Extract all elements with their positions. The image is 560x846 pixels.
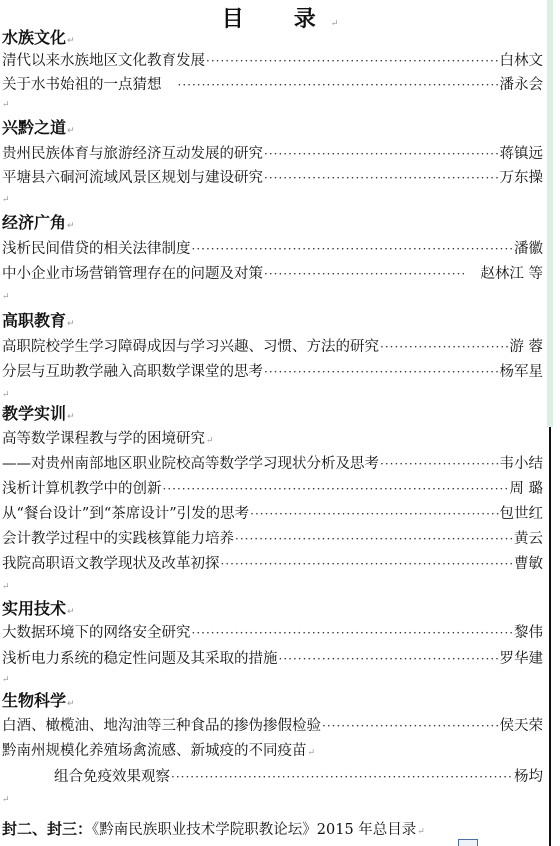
leader-dots	[192, 238, 514, 260]
floating-tab-handle[interactable]	[458, 839, 478, 846]
leader-dots	[178, 74, 499, 96]
leader-dots	[264, 263, 466, 285]
toc-entry[interactable]: 会计教学过程中的实践核算能力培养黄云	[2, 528, 543, 550]
entry-author: 曹敏	[514, 553, 543, 575]
empty-paragraph: ↵	[2, 795, 10, 805]
entry-author: 潘徽	[514, 238, 543, 260]
toc-entry[interactable]: 大数据环境下的网络安全研究黎伟	[2, 622, 543, 644]
toc-entry[interactable]: 平塘县六硐河流域风景区规划与建设研究万东操	[2, 167, 543, 189]
entry-author: 蒋镇远	[500, 143, 544, 165]
leader-dots	[264, 143, 499, 165]
toc-entry[interactable]: 我院高职语文教学现状及改革初探曹敏	[2, 553, 543, 575]
toc-entry[interactable]: 浅析民间借贷的相关法律制度潘徽	[2, 238, 543, 260]
toc-entry-title-line[interactable]: 黔南州规模化养殖场禽流感、新城疫的不同疫苗↵	[2, 740, 543, 762]
leader-dots	[264, 361, 499, 383]
empty-paragraph: ↵	[2, 390, 10, 400]
toc-entry[interactable]: 浅析计算机教学中的创新周 璐	[2, 478, 543, 500]
entry-author: 万东操	[500, 167, 544, 189]
leader-dots	[279, 648, 499, 670]
section-heading-applied-tech: 实用技术↵	[2, 598, 543, 620]
cover-note-label: 封二、封三：	[2, 820, 92, 838]
toc-entry-title-line[interactable]: 高等数学课程教与学的困境研究↵	[2, 428, 543, 450]
toc-entry[interactable]: 中小企业市场营销管理存在的问题及对策赵林江 等	[2, 263, 543, 285]
empty-paragraph: ↵	[2, 292, 10, 302]
toc-entry[interactable]: ——对贵州南部地区职业院校高等数学学习现状分析及思考韦小结	[2, 453, 543, 475]
entry-author: 杨均	[514, 766, 543, 788]
section-heading-economy: 经济广角↵	[2, 212, 543, 234]
leader-dots	[192, 622, 514, 644]
entry-author: 白林文	[500, 50, 544, 72]
section-heading-bioscience: 生物科学↵	[2, 690, 543, 712]
empty-paragraph: ↵	[2, 675, 10, 685]
entry-author: 黎伟	[514, 622, 543, 644]
section-heading-shuizu-culture: 水族文化↵	[2, 27, 543, 49]
section-heading-higher-vocational: 高职教育↵	[2, 310, 543, 332]
leader-dots	[206, 50, 499, 72]
toc-entry[interactable]: 组合免疫效果观察杨均	[54, 766, 543, 788]
toc-entry[interactable]: 清代以来水族地区文化教育发展白林文	[2, 50, 543, 72]
leader-dots	[380, 336, 508, 358]
page-edge-margin	[547, 0, 553, 427]
toc-entry[interactable]: 分层与互助教学融入高职数学课堂的思考杨军星	[2, 361, 543, 383]
leader-dots	[264, 167, 499, 189]
leader-dots	[235, 528, 513, 550]
entry-author: 包世红	[500, 503, 544, 525]
section-heading-teaching-practice: 教学实训↵	[2, 403, 543, 425]
toc-entry[interactable]: 白酒、橄榄油、地沟油等三种食品的掺伪掺假检验侯天荣	[2, 715, 543, 737]
document-page: 目 录↵ 水族文化↵ 清代以来水族地区文化教育发展白林文 关于水书始祖的一点猜想…	[0, 0, 553, 846]
entry-author: 周 璐	[509, 478, 543, 500]
leader-dots	[250, 503, 498, 525]
cover-note-text: 《黔南民族职业技术学院职教论坛》2015 年总目录	[92, 822, 416, 838]
entry-author: 罗华建	[500, 648, 544, 670]
entry-author: 侯天荣	[500, 715, 544, 737]
leader-dots	[380, 453, 499, 475]
toc-entry[interactable]: 贵州民族体育与旅游经济互动发展的研究蒋镇远	[2, 143, 543, 165]
leader-dots	[322, 715, 499, 737]
entry-author: 潘永会	[500, 74, 544, 96]
entry-author: 黄云	[514, 528, 543, 550]
entry-author: 游 蓉	[509, 336, 543, 358]
toc-entry[interactable]: 浅析电力系统的稳定性问题及其采取的措施罗华建	[2, 648, 543, 670]
leader-dots	[171, 766, 513, 788]
toc-entry[interactable]: 从“餐台设计”到“茶席设计”引发的思考包世红	[2, 503, 543, 525]
empty-paragraph: ↵	[2, 100, 10, 110]
toc-entry[interactable]: 高职院校学生学习障碍成因与学习兴趣、习惯、方法的研究游 蓉	[2, 336, 543, 358]
cover-note: 封二、封三：《黔南民族职业技术学院职教论坛》2015 年总目录↵	[2, 818, 425, 839]
leader-dots	[221, 553, 514, 575]
leader-dots	[163, 478, 509, 500]
empty-paragraph: ↵	[2, 582, 10, 592]
toc-entry[interactable]: 关于水书始祖的一点猜想潘永会	[2, 74, 543, 96]
entry-author: 杨军星	[500, 361, 544, 383]
empty-paragraph: ↵	[2, 195, 10, 205]
entry-author: 韦小结	[500, 453, 544, 475]
entry-author: 赵林江 等	[480, 263, 543, 285]
page-edge-line	[549, 427, 551, 846]
section-heading-xingqian: 兴黔之道↵	[2, 117, 543, 139]
